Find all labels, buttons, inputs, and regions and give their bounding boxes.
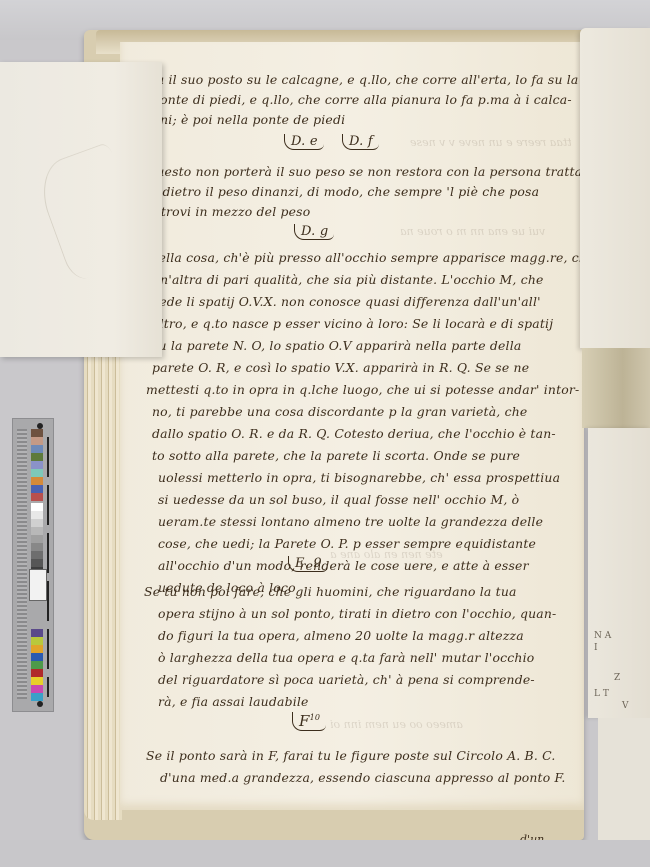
- color-swatch: [31, 477, 43, 485]
- text-line: parete O. R, e così lo spatio V.X. appar…: [152, 360, 529, 375]
- text-line: Questo non porterà il suo peso se non re…: [146, 164, 582, 179]
- background-bottom: [0, 840, 650, 867]
- text-line: fa il suo posto su le calcagne, e q.llo,…: [152, 72, 579, 87]
- text-line: ponte di piedi, e q.llo, che corre alla …: [152, 92, 572, 107]
- text-line: su la parete N. O, lo spatio O.V apparir…: [152, 338, 521, 353]
- text-line: all'occhio d'un modo, renderà le cose ue…: [158, 558, 529, 573]
- diagram-marks: N A I Z L T V: [594, 630, 629, 712]
- text-line: no, ti parebbe una cosa discordante p la…: [152, 404, 527, 419]
- text-line: vede li spatij O.V.X. non conosce quasi …: [152, 294, 541, 309]
- color-swatch: [31, 429, 43, 437]
- text-line: altro, e q.to nasce p esser vicino à lor…: [152, 316, 553, 331]
- color-swatch: [31, 485, 43, 493]
- color-swatch: [31, 493, 43, 501]
- text-line: dallo spatio O. R. e da R. Q. Cotesto de…: [152, 426, 556, 441]
- bleed-through-text: ttaa reere e un neve v v nese: [410, 136, 572, 149]
- bleed-through-text: ameeo oo eu nem inn oi: [330, 718, 463, 731]
- color-swatch: [31, 527, 43, 535]
- text-line: in dietro il peso dinanzi, di modo, che …: [146, 184, 539, 199]
- right-folded-flap-top: [580, 28, 650, 348]
- color-swatch: [31, 677, 43, 685]
- section-heading-de: D. e: [284, 134, 324, 150]
- color-swatch: [31, 469, 43, 477]
- color-swatch: [31, 661, 43, 669]
- text-line: Quella cosa, ch'è più presso all'occhio …: [140, 250, 595, 265]
- text-line: Se tu non poi fare, che gli huomini, che…: [144, 584, 517, 599]
- text-line: mettesti q.to in opra in q.lche luogo, c…: [146, 382, 579, 397]
- color-swatch: [31, 535, 43, 543]
- section-heading-f: F10: [292, 712, 326, 731]
- color-swatch: [31, 669, 43, 677]
- color-swatch: [31, 653, 43, 661]
- section-heading-e9: E. 9: [288, 556, 328, 572]
- color-swatch: [31, 511, 43, 519]
- right-flap-strip: [598, 718, 650, 858]
- text-line: ò larghezza della tua opera e q.ta farà …: [158, 650, 534, 665]
- text-line: d'una med.a grandezza, essendo ciascuna …: [160, 770, 566, 785]
- color-swatch: [31, 685, 43, 693]
- color-swatch: [31, 519, 43, 527]
- heading-number: 10: [310, 713, 321, 722]
- section-heading-dg: D. g: [294, 224, 334, 240]
- color-swatch: [31, 637, 43, 645]
- text-line: ueram.te stessi lontano almeno tre uolte…: [158, 514, 543, 529]
- text-line: rà, e fia assai laudabile: [158, 694, 309, 709]
- text-line: un'altra di pari qualità, che sia più di…: [152, 272, 544, 287]
- color-swatch: [31, 503, 43, 511]
- text-line: si trovi in mezzo del peso: [146, 204, 310, 219]
- heading-letter: F: [299, 712, 310, 730]
- mini-gray-card: [29, 569, 47, 601]
- color-swatch: [31, 437, 43, 445]
- color-swatch: [31, 693, 43, 701]
- color-swatch: [31, 543, 43, 551]
- color-swatch: [31, 551, 43, 559]
- color-calibration-target: [12, 418, 54, 712]
- text-line: Se il ponto sarà in F, farai tu le figur…: [146, 748, 556, 763]
- color-swatch: [31, 445, 43, 453]
- text-line: si uedesse da un sol buso, il qual fosse…: [158, 492, 519, 507]
- chart-label-text: [17, 429, 27, 699]
- scale-bar: [47, 437, 49, 697]
- text-line: del riguardatore sì poca uarietà, ch' à …: [158, 672, 535, 687]
- text-line: gni; è poi nella ponte de piedi: [152, 112, 345, 127]
- text-line: uolessi metterlo in opra, ti bisognarebb…: [158, 470, 560, 485]
- color-swatch: [31, 629, 43, 637]
- bleed-through-text: vui ue ena nn m o roue na: [400, 225, 545, 238]
- registration-dot: [37, 701, 43, 707]
- color-swatch: [31, 645, 43, 653]
- right-flap-gap: [582, 348, 650, 428]
- color-swatch: [31, 453, 43, 461]
- text-line: opera stijno à un sol ponto, tirati in d…: [158, 606, 556, 621]
- text-line: to sotto alla parete, che la parete li s…: [152, 448, 520, 463]
- page-stack-edges: [84, 330, 122, 820]
- text-line: cose, che uedi; la Parete O. P. p esser …: [158, 536, 536, 551]
- color-swatch: [31, 461, 43, 469]
- text-line: do figuri la tua opera, almeno 20 uolte …: [158, 628, 524, 643]
- section-heading-df: D. f: [342, 134, 379, 150]
- color-swatches: [31, 429, 43, 701]
- left-folded-flap: [0, 62, 162, 357]
- color-swatch: [31, 559, 43, 567]
- faint-sketch: [32, 142, 149, 283]
